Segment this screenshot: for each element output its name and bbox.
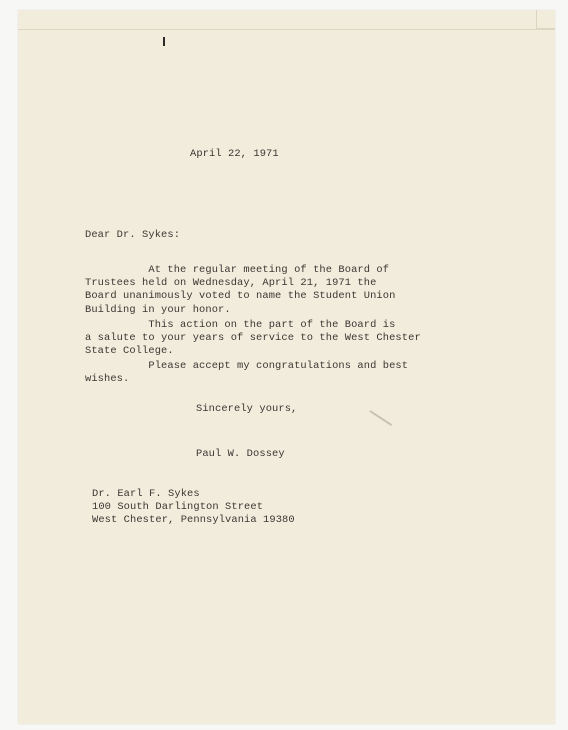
paragraph-line: This action on the part of the Board is bbox=[85, 319, 395, 331]
salutation: Dear Dr. Sykes: bbox=[85, 229, 180, 242]
fold-line bbox=[18, 29, 555, 30]
paragraph-line: At the regular meeting of the Board of bbox=[85, 264, 389, 276]
ink-mark bbox=[163, 37, 165, 46]
paragraph-line: wishes. bbox=[85, 373, 129, 385]
recipient-city: West Chester, Pennsylvania 19380 bbox=[92, 514, 295, 526]
paragraph-2: This action on the part of the Board is … bbox=[85, 319, 421, 359]
paper-scratch bbox=[370, 410, 393, 425]
recipient-street: 100 South Darlington Street bbox=[92, 501, 263, 513]
letter-date: April 22, 1971 bbox=[190, 148, 279, 161]
recipient-address: Dr. Earl F. Sykes 100 South Darlington S… bbox=[92, 488, 295, 528]
paragraph-1: At the regular meeting of the Board of T… bbox=[85, 264, 395, 317]
paragraph-line: Please accept my congratulations and bes… bbox=[85, 360, 408, 372]
paragraph-line: State College. bbox=[85, 345, 174, 357]
closing: Sincerely yours, bbox=[196, 403, 297, 416]
paragraph-3: Please accept my congratulations and bes… bbox=[85, 360, 408, 386]
signer-name: Paul W. Dossey bbox=[196, 448, 285, 461]
recipient-name: Dr. Earl F. Sykes bbox=[92, 488, 200, 500]
paragraph-line: a salute to your years of service to the… bbox=[85, 332, 421, 344]
paragraph-line: Board unanimously voted to name the Stud… bbox=[85, 290, 395, 302]
paragraph-line: Trustees held on Wednesday, April 21, 19… bbox=[85, 277, 376, 289]
paragraph-line: Building in your honor. bbox=[85, 304, 231, 316]
corner-mark bbox=[536, 10, 555, 29]
